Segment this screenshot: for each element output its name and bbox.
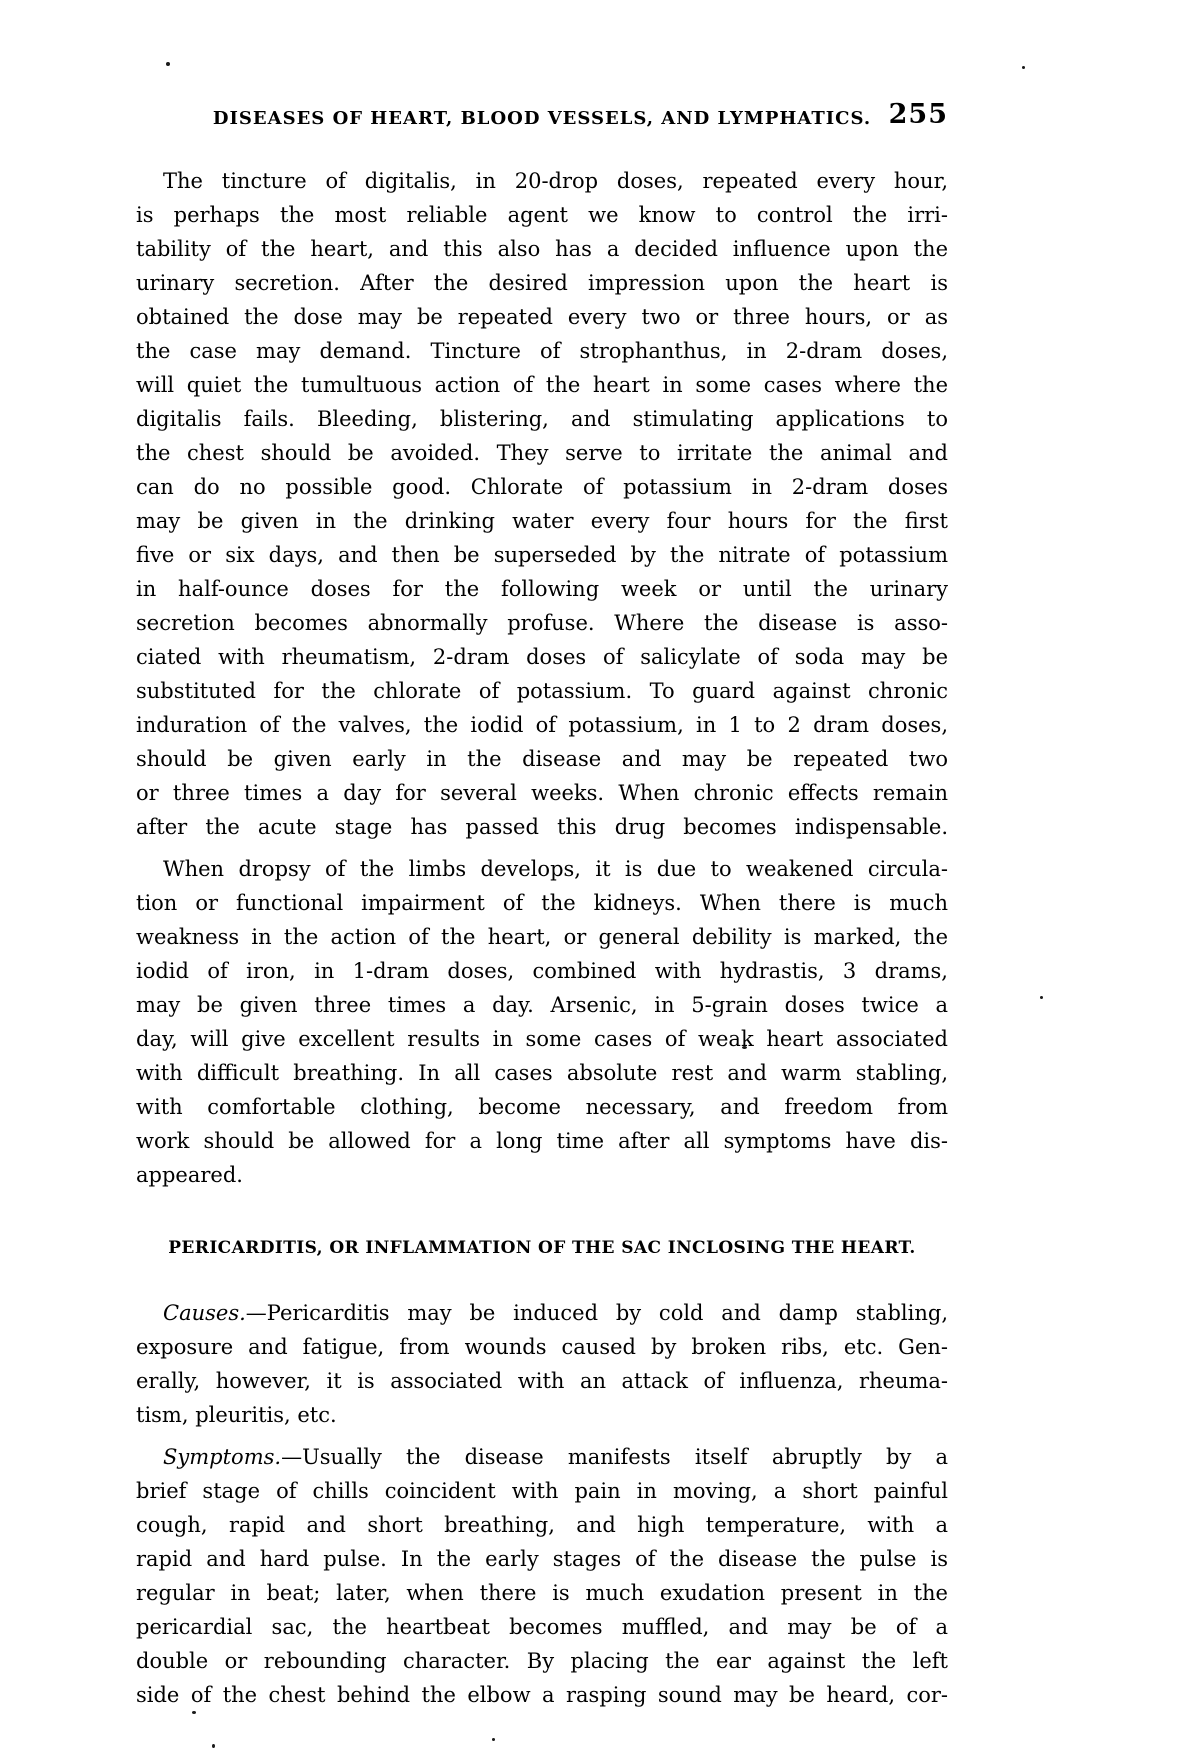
text-line: The tincture of digitalis, in 20-drop do… <box>136 164 948 198</box>
section-heading: PERICARDITIS, OR INFLAMMATION OF THE SAC… <box>136 1236 948 1260</box>
text-line: ciated with rheumatism, 2-dram doses of … <box>136 640 948 674</box>
text-line: can do no possible good. Chlorate of pot… <box>136 470 948 504</box>
text-line: may be given in the drinking water every… <box>136 504 948 538</box>
text-line: with comfortable clothing, become necess… <box>136 1090 948 1124</box>
scan-artifact <box>742 1046 747 1049</box>
text-line: will quiet the tumultuous action of the … <box>136 368 948 402</box>
scan-artifact <box>1022 66 1025 69</box>
text-line: tability of the heart, and this also has… <box>136 232 948 266</box>
paragraph: Causes.—Pericarditis may be induced by c… <box>136 1296 948 1432</box>
text-line: tism, pleuritis, etc. <box>136 1398 948 1432</box>
paragraph: Symptoms.—Usually the disease manifests … <box>136 1440 948 1712</box>
text-line: side of the chest behind the elbow a ras… <box>136 1678 948 1712</box>
scan-artifact <box>212 1744 215 1748</box>
text-line: rapid and hard pulse. In the early stage… <box>136 1542 948 1576</box>
text-line: digitalis fails. Bleeding, blistering, a… <box>136 402 948 436</box>
text-line: may be given three times a day. Arsenic,… <box>136 988 948 1022</box>
text-line: exposure and fatigue, from wounds caused… <box>136 1330 948 1364</box>
page-number: 255 <box>889 102 948 128</box>
text-line: work should be allowed for a long time a… <box>136 1124 948 1158</box>
text-line: pericardial sac, the heartbeat becomes m… <box>136 1610 948 1644</box>
text-line: brief stage of chills coincident with pa… <box>136 1474 948 1508</box>
text-line: tion or functional impairment of the kid… <box>136 886 948 920</box>
text-line: cough, rapid and short breathing, and hi… <box>136 1508 948 1542</box>
text-line: regular in beat; later, when there is mu… <box>136 1576 948 1610</box>
text-column: DISEASES OF HEART, BLOOD VESSELS, AND LY… <box>136 106 948 1712</box>
text-line: secretion becomes abnormally profuse. Wh… <box>136 606 948 640</box>
scan-artifact <box>192 1711 196 1714</box>
running-header-title: DISEASES OF HEART, BLOOD VESSELS, AND LY… <box>213 108 871 129</box>
text-line: appeared. <box>136 1158 948 1192</box>
line-text: —Usually the disease manifests itself ab… <box>281 1445 948 1469</box>
italic-lead: Causes. <box>163 1301 246 1325</box>
running-header: DISEASES OF HEART, BLOOD VESSELS, AND LY… <box>136 106 948 132</box>
text-line: Causes.—Pericarditis may be induced by c… <box>136 1296 948 1330</box>
scan-artifact <box>492 1738 495 1741</box>
text-line: substituted for the chlorate of potassiu… <box>136 674 948 708</box>
text-line: is perhaps the most reliable agent we kn… <box>136 198 948 232</box>
text-line: with difficult breathing. In all cases a… <box>136 1056 948 1090</box>
text-line: after the acute stage has passed this dr… <box>136 810 948 844</box>
text-line: induration of the valves, the iodid of p… <box>136 708 948 742</box>
scan-artifact <box>166 62 170 66</box>
book-page-scan: DISEASES OF HEART, BLOOD VESSELS, AND LY… <box>0 0 1200 1761</box>
text-line: five or six days, and then be superseded… <box>136 538 948 572</box>
text-line: obtained the dose may be repeated every … <box>136 300 948 334</box>
text-line: weakness in the action of the heart, or … <box>136 920 948 954</box>
paragraph: The tincture of digitalis, in 20-drop do… <box>136 164 948 844</box>
text-line: Symptoms.—Usually the disease manifests … <box>136 1440 948 1474</box>
text-line: iodid of iron, in 1-dram doses, combined… <box>136 954 948 988</box>
text-line: day, will give excellent results in some… <box>136 1022 948 1056</box>
italic-lead: Symptoms. <box>163 1445 281 1469</box>
text-line: in half-ounce doses for the following we… <box>136 572 948 606</box>
text-line: urinary secretion. After the desired imp… <box>136 266 948 300</box>
line-text: —Pericarditis may be induced by cold and… <box>246 1301 948 1325</box>
text-line: When dropsy of the limbs develops, it is… <box>136 852 948 886</box>
text-line: should be given early in the disease and… <box>136 742 948 776</box>
text-line: erally, however, it is associated with a… <box>136 1364 948 1398</box>
text-line: double or rebounding character. By placi… <box>136 1644 948 1678</box>
scan-artifact <box>1040 996 1043 999</box>
text-body: The tincture of digitalis, in 20-drop do… <box>136 164 948 1712</box>
paragraph: When dropsy of the limbs develops, it is… <box>136 852 948 1192</box>
text-line: the chest should be avoided. They serve … <box>136 436 948 470</box>
text-line: or three times a day for several weeks. … <box>136 776 948 810</box>
text-line: the case may demand. Tincture of stropha… <box>136 334 948 368</box>
